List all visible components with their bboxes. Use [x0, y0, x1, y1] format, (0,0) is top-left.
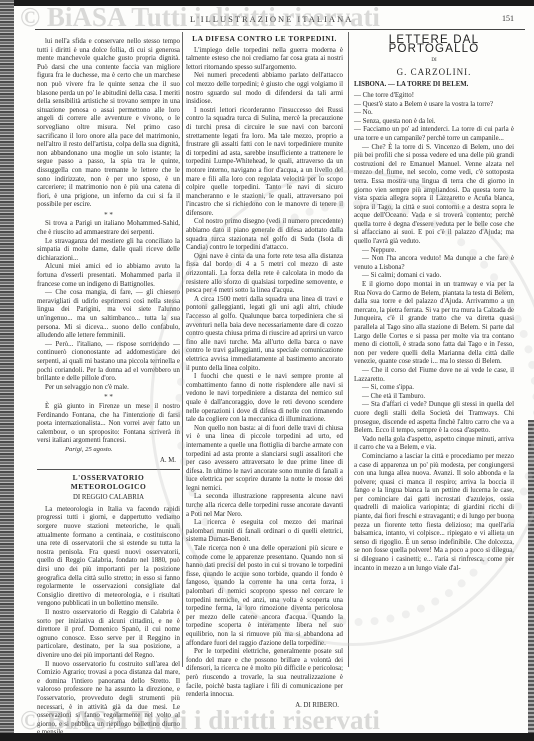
- paragraph: La ricerca è eseguita col mezzo dei mari…: [186, 519, 343, 545]
- paragraph: Alcuni miei amici ed io abbiamo avuto la…: [37, 263, 180, 289]
- right-column: LETTERE DAL PORTOGALLO DI G. CARZOLINI. …: [354, 32, 514, 573]
- paragraph: Il nuovo osservatorio fu costruito sull'…: [37, 661, 180, 738]
- right-paragraphs: — Che? È la torre di S. Vincenzo di Bele…: [354, 144, 514, 574]
- article-rule: [37, 469, 180, 470]
- paragraph: La seconda illustrazione rappresenta alc…: [186, 493, 343, 519]
- paragraph: — Si, come s'ippa.: [354, 384, 514, 393]
- header-rule: [35, 29, 525, 30]
- column-divider-2: [348, 32, 349, 667]
- section-place-heading: LISBONA. — LA TORRE DI BELEM.: [354, 81, 514, 90]
- article-title-lettere: LETTERE DAL PORTOGALLO: [354, 36, 514, 53]
- paragraph: — Che età il Tamburo.: [354, 393, 514, 402]
- paragraph: Vado nella gola d'aspetto, aspetto cinqu…: [354, 436, 514, 453]
- scan-top-border: [0, 0, 534, 6]
- paragraph: Si trova a Parigi un italiano Mohammed-S…: [37, 220, 180, 237]
- right-dialogue: — Che torre d'Egitto!— Quest'è stato a B…: [354, 92, 514, 144]
- paragraph: — Che il corso del Fiume dove ne ai vede…: [354, 367, 514, 384]
- paragraph: Col nostro primo disegno (vedi il numero…: [186, 218, 343, 252]
- author-name: G. CARZOLINI.: [354, 68, 514, 77]
- left-paragraphs-4: La meteorologia in Italia va facendo rap…: [37, 506, 180, 738]
- middle-paragraphs: L'impiego delle torpedini nella guerra m…: [186, 47, 343, 700]
- paragraph: Il nostro osservatorio di Reggio di Cala…: [37, 609, 180, 661]
- paragraph: lui nell'a sfida e conservare nello stes…: [37, 38, 180, 210]
- paragraph: — Però... l'italiano, — rispose sorriden…: [37, 341, 180, 384]
- scan-right-edge: [528, 420, 534, 741]
- paragraph: — Che torre d'Egitto!: [354, 92, 514, 101]
- paragraph: Per un selvaggio non c'è male.: [37, 384, 180, 393]
- left-paragraphs-3: È già giunto in Firenze un mese il nostr…: [37, 403, 180, 446]
- paragraph: A circa 1500 metri dalla squadra una lin…: [186, 296, 343, 373]
- left-paragraphs-1: lui nell'a sfida e conservare nello stes…: [37, 38, 180, 210]
- left-column: lui nell'a sfida e conservare nello stes…: [37, 38, 180, 738]
- paragraph: I fuochi che questi e le navi sempre pro…: [186, 373, 343, 425]
- article-title-torpedini: LA DIFESA CONTRO LE TORPEDINI.: [186, 35, 343, 44]
- paragraph: E il giorno dopo montai in un tramway e …: [354, 281, 514, 367]
- paragraph: — Che? È la torre di S. Vincenzo di Bele…: [354, 144, 514, 247]
- byline-di: DI: [354, 57, 514, 66]
- middle-column: LA DIFESA CONTRO LE TORPEDINI. L'impiego…: [186, 32, 343, 712]
- paragraph: — Sta d'affari ci vede? Dunque gli stess…: [354, 401, 514, 435]
- paragraph: — Senza, questa non è da lei.: [354, 118, 514, 127]
- paragraph: Tale ricerca non è una delle operazioni …: [186, 545, 343, 648]
- article-title-osservatorio: L'OSSERVATORIO METEOROLOGICO: [37, 474, 180, 491]
- column-divider-1: [182, 32, 183, 667]
- paragraph: Nei numeri precedenti abbiamo parlato de…: [186, 72, 343, 106]
- article-subtitle-reggio: DI REGGIO CALABRIA: [37, 494, 180, 503]
- scan-binding-edge: [0, 0, 14, 741]
- left-paragraphs-2: Si trova a Parigi un italiano Mohammed-S…: [37, 220, 180, 392]
- paragraph: I nostri lettori ricorderanno l'insucces…: [186, 107, 343, 219]
- paragraph: La meteorologia in Italia va facendo rap…: [37, 506, 180, 609]
- paragraph: Ogni nave è cinta da una forte rete tesa…: [186, 253, 343, 296]
- dateline: Parigi, 25 agosto.: [65, 446, 180, 455]
- signature-ribero: A. DI RIBERO.: [186, 702, 339, 711]
- paragraph: — Si calmi; domani ci vado.: [354, 272, 514, 281]
- section-separator-stars: * *: [37, 211, 180, 220]
- paragraph: — No.: [354, 109, 514, 118]
- paragraph: Non quello non basta: ai di fuori delle …: [186, 425, 343, 494]
- paragraph: — Neppure.: [354, 247, 514, 256]
- page-number: 151: [502, 14, 514, 23]
- section-separator-stars: * *: [37, 393, 180, 402]
- signature-am: A. M.: [37, 457, 176, 466]
- paragraph: Le stravaganza del mestiere gli ha conci…: [37, 238, 180, 264]
- paragraph: È già giunto in Firenze un mese il nostr…: [37, 403, 180, 446]
- paragraph: — Non l'ha ancora veduto! Ma dunque a ch…: [354, 255, 514, 272]
- paragraph: Per le torpedini elettriche, generalment…: [186, 648, 343, 700]
- paragraph: — Quest'è stato a Belem è usare la vostr…: [354, 101, 514, 110]
- running-title: L'ILLUSTRAZIONE ITALIANA: [190, 14, 353, 24]
- paragraph: — Facciamo un po' ad intenderci. La torr…: [354, 126, 514, 143]
- paragraph: Cominciamo a lasciar la città e procedia…: [354, 453, 514, 573]
- paragraph: — Che cosa mangia, di fare, — gli chiese…: [37, 289, 180, 341]
- paragraph: L'impiego delle torpedini nella guerra m…: [186, 47, 343, 73]
